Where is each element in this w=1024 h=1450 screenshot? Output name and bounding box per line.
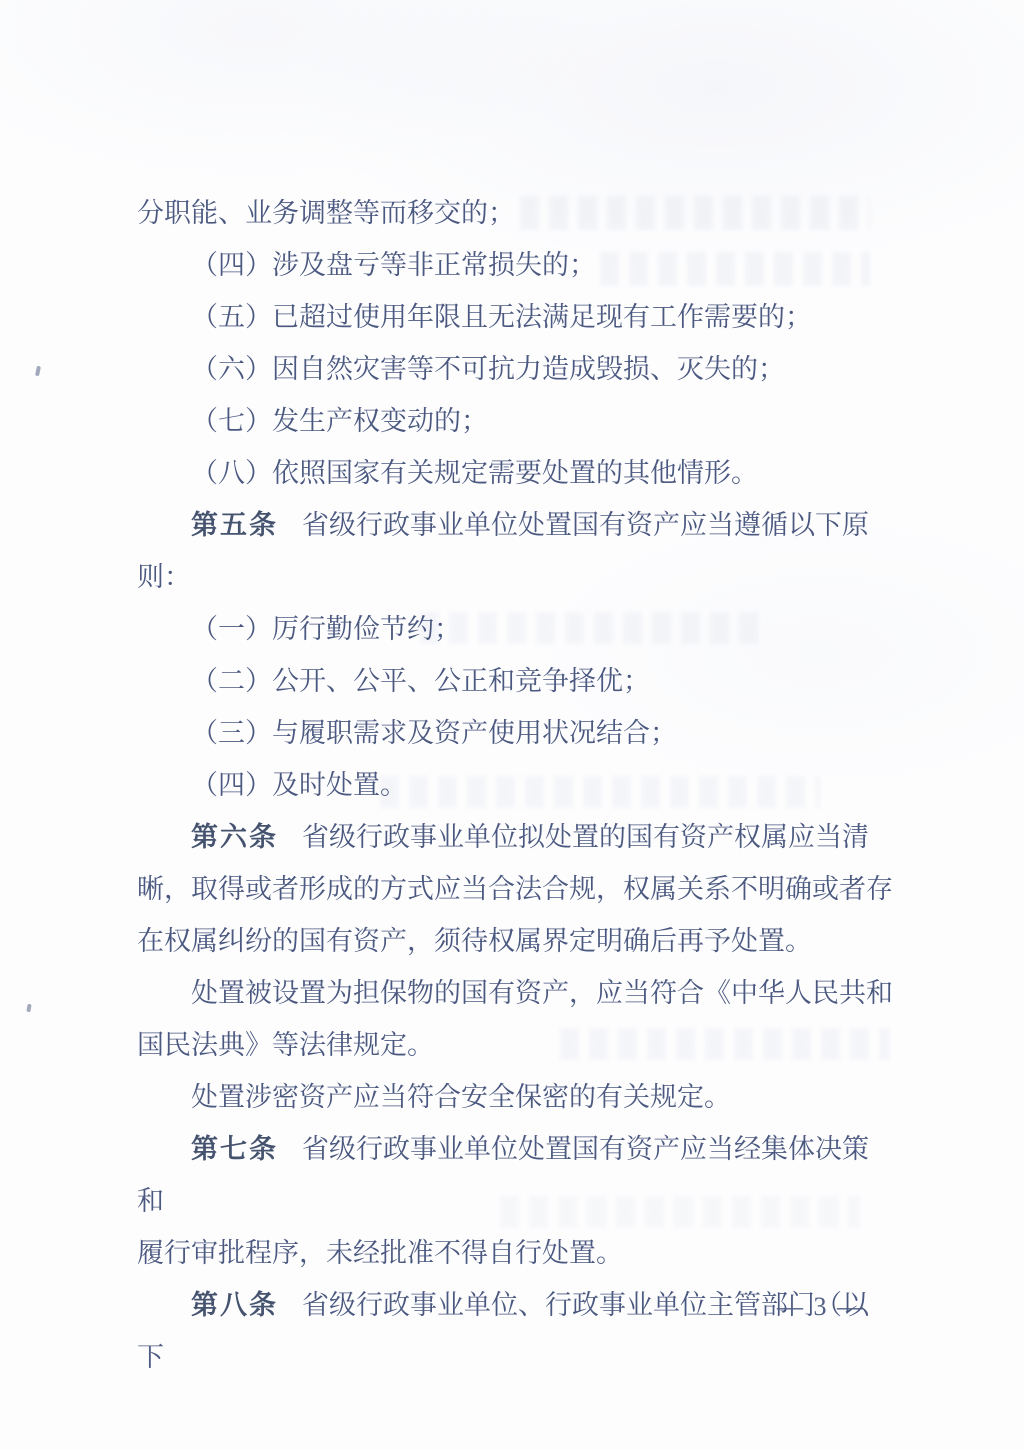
list-item-paragraph: （四）涉及盘亏等非正常损失的； — [137, 239, 895, 291]
list-item-paragraph: （八）依照国家有关规定需要处置的其他情形。 — [137, 447, 895, 499]
article-lead: 第六条 — [191, 822, 278, 852]
article-paragraph: 第六条省级行政事业单位拟处置的国有资产权属应当清 晰，取得或者形成的方式应当合法… — [137, 811, 895, 967]
article-lead: 第七条 — [191, 1134, 278, 1164]
list-item-paragraph: （四）及时处置。 — [137, 759, 895, 811]
page-number: — 3 — — [137, 1287, 895, 1327]
article-paragraph: 第七条省级行政事业单位处置国有资产应当经集体决策和 履行审批程序，未经批准不得自… — [137, 1123, 895, 1279]
list-item-paragraph: （七）发生产权变动的； — [137, 395, 895, 447]
article-paragraph: 第五条省级行政事业单位处置国有资产应当遵循以下原 则： — [137, 499, 895, 603]
scan-speck — [26, 1004, 31, 1013]
document-page: 分职能、业务调整等而移交的； （四）涉及盘亏等非正常损失的； （五）已超过使用年… — [0, 0, 1024, 1450]
list-item-paragraph: （一）厉行勤俭节约； — [137, 603, 895, 655]
list-item-paragraph: （五）已超过使用年限且无法满足现有工作需要的； — [137, 291, 895, 343]
article-lead: 第五条 — [191, 510, 278, 540]
paragraph-tail: 分职能、业务调整等而移交的； — [137, 187, 895, 239]
text-block: 分职能、业务调整等而移交的； （四）涉及盘亏等非正常损失的； （五）已超过使用年… — [137, 187, 895, 1383]
body-paragraph: 处置涉密资产应当符合安全保密的有关规定。 — [137, 1071, 895, 1123]
list-item-paragraph: （二）公开、公平、公正和竞争择优； — [137, 655, 895, 707]
body-paragraph: 处置被设置为担保物的国有资产，应当符合《中华人民共和 国民法典》等法律规定。 — [137, 967, 895, 1071]
list-item-paragraph: （三）与履职需求及资产使用状况结合； — [137, 707, 895, 759]
list-item-paragraph: （六）因自然灾害等不可抗力造成毁损、灭失的； — [137, 343, 895, 395]
scan-speck — [35, 366, 41, 377]
